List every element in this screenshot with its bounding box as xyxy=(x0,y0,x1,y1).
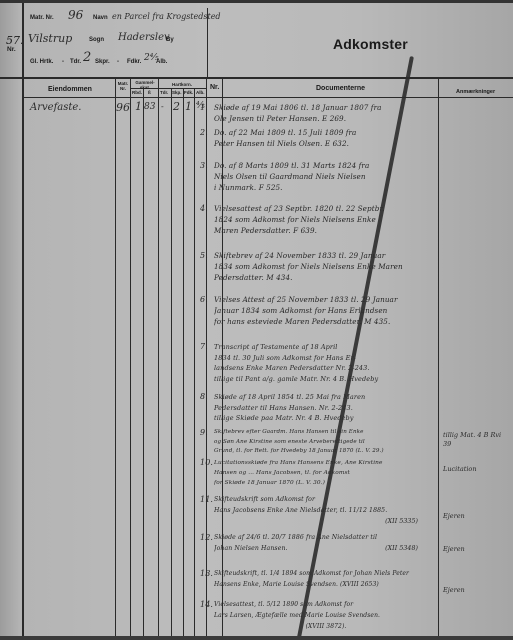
entry-number: 2. xyxy=(200,127,208,138)
sogn-label: Sogn xyxy=(89,37,104,43)
entry-line: Vielsesattest, tl. 5/12 1890 som Adkomst… xyxy=(214,599,438,610)
entry-line: Pedersdatter til Hans Hansen. Nr. 2-243. xyxy=(214,403,438,414)
entry-number: 12. xyxy=(200,532,213,543)
col-header-hk-skp: Skp. xyxy=(172,90,182,95)
entry-line: Skiøde af 18 April 1854 tl. 25 Mai fra M… xyxy=(214,392,438,403)
col-header-documenterne: Documenterne xyxy=(316,85,365,92)
entry-number: 8. xyxy=(200,392,208,403)
entry-line: Niels Olsen til Gaardmand Niels Nielsen xyxy=(214,171,438,182)
rule-column-header-bottom xyxy=(22,97,513,98)
col-header-hk-alb: Alb. xyxy=(196,90,205,95)
remark-entry-10: Lucitation xyxy=(443,465,477,473)
alb-label: Alb. xyxy=(156,59,167,65)
entry-line: (XII 5335) xyxy=(214,516,438,527)
col-header-gammel-skat: Gammel-skat. xyxy=(133,80,157,90)
document-entry: 3. Do. af 8 Marts 1809 tl. 31 Marts 1824… xyxy=(214,160,438,193)
col-header-s: ß xyxy=(148,90,151,95)
entry-number: 5. xyxy=(200,250,208,261)
left-nr-label: Nr. xyxy=(7,46,16,53)
remark-entry-11: Ejeren xyxy=(443,512,465,520)
property-matr-nr: 96 xyxy=(116,101,130,114)
rule-col-hk-fdk xyxy=(183,88,184,636)
by-label: By xyxy=(166,37,174,43)
entry-line: Januar 1834 som Adkomst for Hans Erlands… xyxy=(214,305,438,316)
property-eiendommen: Arvefaste. xyxy=(30,102,81,113)
entry-number: 4. xyxy=(200,203,208,214)
entry-line: tillige til Pant a/g. gamle Matr. Nr. 4 … xyxy=(214,374,438,385)
matr-label: Matr. Nr. xyxy=(30,15,54,21)
entry-line: og Søn Ane Kirstine som eneste Arveberet… xyxy=(214,438,438,448)
document-entry: 4. Vielsesattest af 23 Septbr. 1820 tl. … xyxy=(214,203,438,236)
document-entry: 14. Vielsesattest, tl. 5/12 1890 som Adk… xyxy=(214,599,438,632)
entry-line: Hansens Enke, Marie Louise Svendsen. (XV… xyxy=(214,579,438,590)
skpr-label: Skpr. xyxy=(95,59,110,65)
col-header-hartkorn: Hartkorn. xyxy=(172,82,192,87)
entry-line: Peter Hansen til Niels Olsen. E 632. xyxy=(214,138,438,149)
rule-col-matr xyxy=(115,78,116,636)
page-bottom-edge xyxy=(0,636,513,640)
col-header-rbd: Rbd. xyxy=(132,90,142,95)
col-header-nr: Nr. xyxy=(210,84,219,91)
document-entry: 5. Skiftebrev af 24 November 1833 tl. 29… xyxy=(214,250,438,283)
entry-line: Lucitationsskiøde fra Hans Hansens Enke,… xyxy=(214,458,438,468)
document-entry: 13. Skifteudskrift, tl. 1/4 1894 som Adk… xyxy=(214,568,438,590)
sogn-value: Haderslev xyxy=(118,32,170,43)
entry-number: 3. xyxy=(200,160,208,171)
entry-number: 10. xyxy=(200,458,213,468)
property-rbd: 1 xyxy=(135,100,142,113)
page-title: Adkomster xyxy=(333,36,408,52)
entry-line: i Nunmark. F 525. xyxy=(214,182,438,193)
rule-col-gammel xyxy=(130,78,131,636)
rule-header-bottom xyxy=(0,77,513,79)
col-header-matr-nr: Matr. Nr. xyxy=(117,81,129,91)
entry-number: 1. xyxy=(200,102,208,113)
entry-line: Skiftebrev efter Gaardm. Hans Hansen til… xyxy=(214,428,438,438)
entry-number: 9. xyxy=(200,428,208,438)
col-header-anmaerkninger: Anmærkninger xyxy=(456,89,495,95)
entry-line: Grund, tl. for Rett. for Hvedeby 18 Janu… xyxy=(214,447,438,457)
gl-hrtk-label: Gl. Hrtk. xyxy=(30,59,53,65)
entry-line: 1834 som Adkomst for Niels Nielsens Enke… xyxy=(214,261,438,272)
entry-line: for hans esteviede Maren Pedersdatter. M… xyxy=(214,316,438,327)
entry-line: Do. af 22 Mai 1809 tl. 15 Juli 1809 fra xyxy=(214,127,438,138)
property-tdr: - xyxy=(161,102,164,111)
document-entry: 2. Do. af 22 Mai 1809 tl. 15 Juli 1809 f… xyxy=(214,127,438,149)
gl-hrtk-value: - xyxy=(62,59,64,65)
entry-line: Vielsesattest af 23 Septbr. 1820 tl. 22 … xyxy=(214,203,438,214)
entry-number: 13. xyxy=(200,568,213,579)
entry-line: Pedersdatter. M 434. xyxy=(214,272,438,283)
col-header-eiendommen: Eiendommen xyxy=(48,86,92,93)
matr-value: 96 xyxy=(68,8,83,22)
entry-line: 1824 som Adkomst for Niels Nielsens Enke xyxy=(214,214,438,225)
entry-line: Do. af 8 Marts 1809 tl. 31 Marts 1824 fr… xyxy=(214,160,438,171)
entry-line: Hansen og ... Hans Jacobsen, tl. for Adk… xyxy=(214,468,438,478)
entry-number: 11. xyxy=(200,494,213,505)
property-skp: 2 xyxy=(173,100,180,113)
remark-entry-9: tillig Mat. 4 B Rvi 39 xyxy=(443,431,509,449)
remark-entry-13: Ejeren xyxy=(443,586,465,594)
ledger-page: 57. Nr. Matr. Nr. 96 Navn en Parcel fra … xyxy=(0,0,513,640)
document-entry: 7. Transcript af Testamente af 18 April … xyxy=(214,342,438,384)
fdkr-label: Fdkr. xyxy=(127,59,141,65)
entry-line: Transcript af Testamente af 18 April xyxy=(214,342,438,353)
rule-header-right xyxy=(207,8,208,78)
property-s: 83 xyxy=(144,102,155,112)
tdr-value: 2 xyxy=(83,50,91,65)
col-header-hk-tdr: Tdr. xyxy=(160,90,168,95)
navn-label: Navn xyxy=(93,15,108,21)
entry-line: Skiøde af 24/6 tl. 20/7 1886 fra Ane Nie… xyxy=(214,532,438,543)
entry-line: landsens Enke Maren Pedersdatter Nr. 2-2… xyxy=(214,363,438,374)
navn-value: en Parcel fra Krogstedsted xyxy=(112,12,221,21)
entry-line: Skifteudskrift, tl. 1/4 1894 som Adkomst… xyxy=(214,568,438,579)
property-fdk: 1 xyxy=(185,100,192,113)
document-entry: 12. Skiøde af 24/6 tl. 20/7 1886 fra Ane… xyxy=(214,532,438,554)
entry-line: 1834 tl. 30 Juli som Adkomst for Hans Er… xyxy=(214,353,438,364)
entry-number: 6. xyxy=(200,294,208,305)
rule-col-remarks xyxy=(438,78,439,636)
remark-entry-12: Ejeren xyxy=(443,545,465,553)
entry-line: Lars Larsen, Ægtefælle med Marie Louise … xyxy=(214,610,438,621)
skpr-value: - xyxy=(117,59,119,65)
document-entry: 8. Skiøde af 18 April 1854 tl. 25 Mai fr… xyxy=(214,392,438,424)
page-top-edge xyxy=(0,0,513,3)
place-value: Vilstrup xyxy=(28,32,72,45)
entry-line: Skiftebrev af 24 November 1833 tl. 29 Ja… xyxy=(214,250,438,261)
entry-line: Vielses Attest af 25 November 1833 tl. 2… xyxy=(214,294,438,305)
document-entry: 6. Vielses Attest af 25 November 1833 tl… xyxy=(214,294,438,327)
entry-number: 14. xyxy=(200,599,213,610)
document-entry: 9. Skiftebrev efter Gaardm. Hans Hansen … xyxy=(214,428,438,457)
rule-col-hk-skp xyxy=(171,88,172,636)
entry-line: (XVIII 3872). xyxy=(214,621,438,632)
entry-number: 7. xyxy=(200,342,208,353)
entry-line: Maren Pedersdatter. F 639. xyxy=(214,225,438,236)
rule-col-gammel-split xyxy=(143,88,144,636)
entry-line: Ole Jensen til Peter Hansen. E 269. xyxy=(214,113,438,124)
entry-line: tillige Skiøde paa Matr. Nr. 4 B. Hvedeb… xyxy=(214,413,438,424)
tdr-label: Tdr. xyxy=(70,59,81,65)
rule-col-hartkorn xyxy=(158,78,159,636)
rule-col-hk-alb xyxy=(194,88,195,636)
col-header-hk-fdk: Fdk. xyxy=(184,90,193,95)
